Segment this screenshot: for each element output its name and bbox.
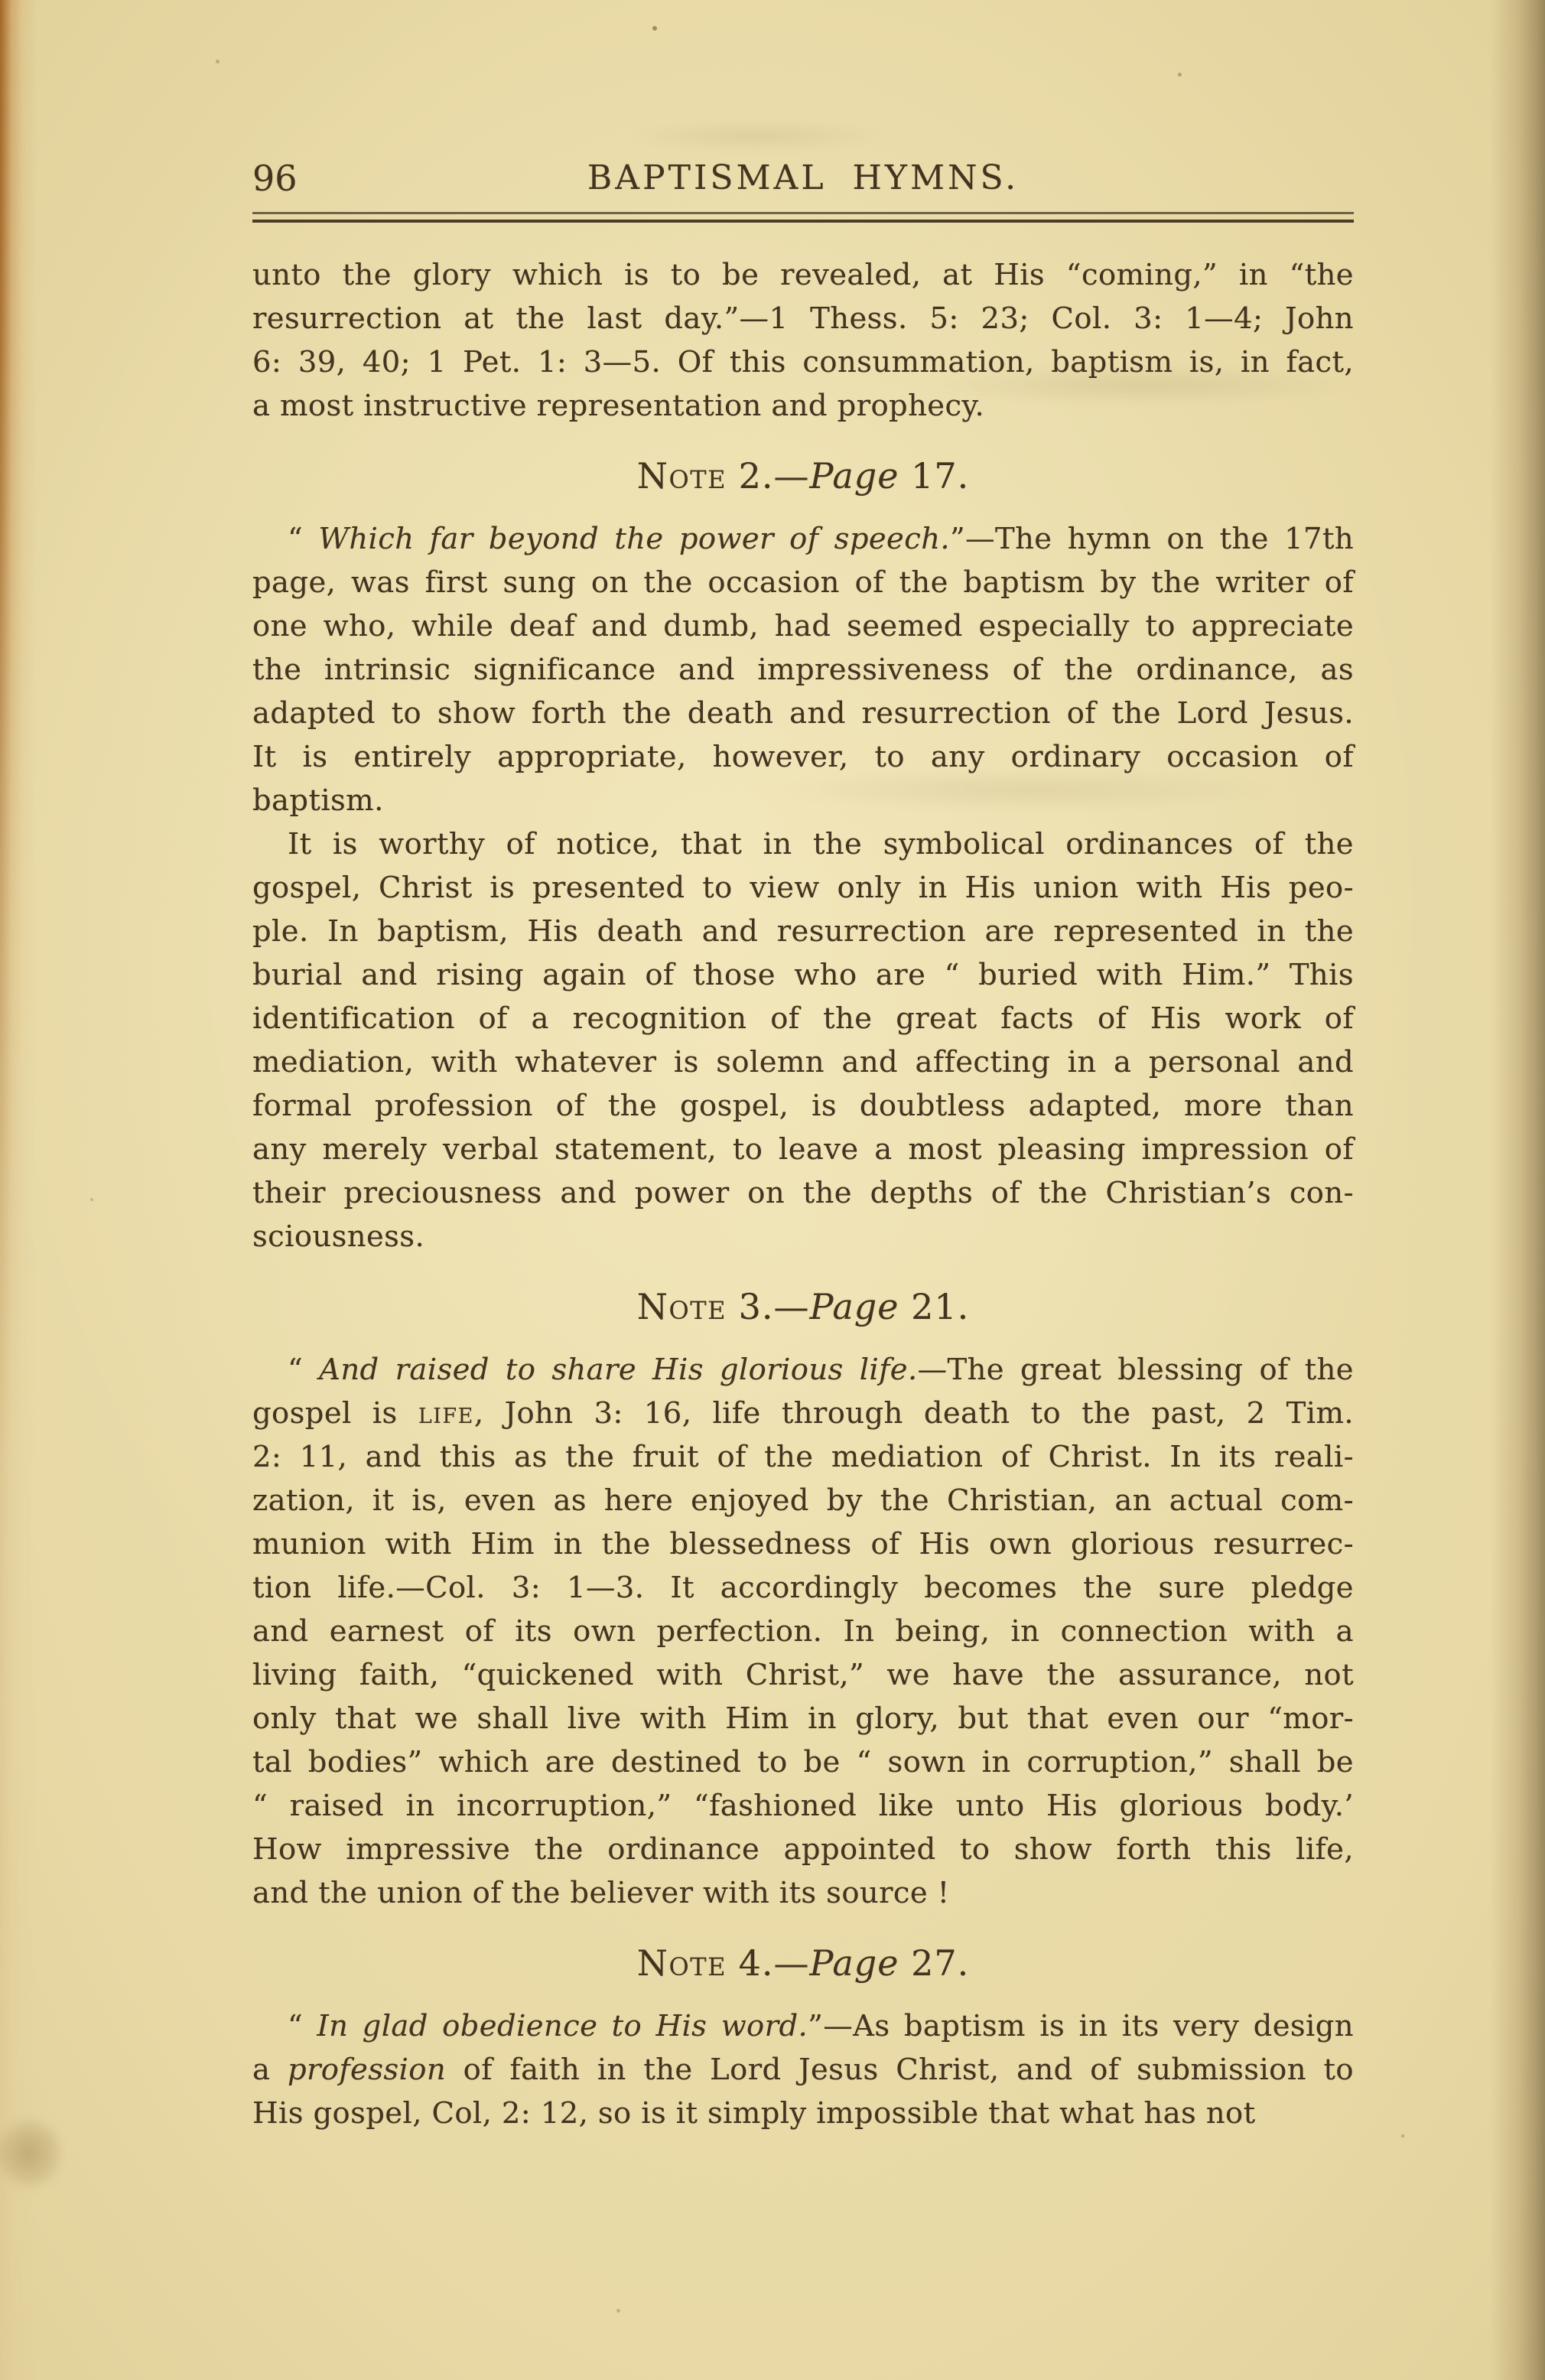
text-line: any merely verbal statement, to leave a … [252,1128,1354,1171]
text-line: adapted to show forth the death and resu… [252,692,1354,735]
text-line: unto the glory which is to be revealed, … [252,253,1354,297]
text-line: “ In glad obedience to His word.”—As bap… [252,2004,1354,2048]
text-line: resurrection at the last day.”—1 Thess. … [252,297,1354,340]
note-heading: Note 2.—Page 17. [252,455,1354,497]
text-line: How impressive the ordinance appointed t… [252,1828,1354,1871]
running-title: BAPTISMAL HYMNS. [252,157,1354,200]
text-line: formal profession of the gospel, is doub… [252,1084,1354,1128]
text-line: munion with Him in the blessedness of Hi… [252,1522,1354,1566]
ink-speck [616,2309,620,2313]
page-text-area: 96 BAPTISMAL HYMNS. unto the glory which… [252,157,1354,2135]
text-line: “ And raised to share His glorious life.… [252,1348,1354,1392]
paragraph: It is worthy of notice, that in the symb… [252,822,1354,1258]
text-line: ple. In baptism, His death and resurrect… [252,910,1354,953]
note-heading: Note 4.—Page 27. [252,1942,1354,1984]
text-line: burial and rising again of those who are… [252,953,1354,997]
paragraph: “ Which far beyond the power of speech.”… [252,517,1354,822]
showthrough-smudge [581,115,933,157]
paragraph: “ In glad obedience to His word.”—As bap… [252,2004,1354,2135]
header-double-rule [252,212,1354,223]
text-line: 2: 11, and this as the fruit of the medi… [252,1435,1354,1479]
text-line: baptism. [252,779,1354,822]
text-line: one who, while deaf and dumb, had seemed… [252,604,1354,648]
ink-speck [216,60,220,63]
text-line: gospel is life, John 3: 16, life through… [252,1392,1354,1435]
text-line: identification of a recognition of the g… [252,997,1354,1040]
page-right-edge-shadow [1490,0,1545,2380]
text-line: page, was first sung on the occasion of … [252,561,1354,604]
body-text: unto the glory which is to be revealed, … [252,253,1354,2135]
text-line: and earnest of its own perfection. In be… [252,1610,1354,1653]
text-line: the intrinsic significance and impressiv… [252,648,1354,692]
text-line: only that we shall live with Him in glor… [252,1697,1354,1740]
text-line: tion life.—Col. 3: 1—3. It accordingly b… [252,1566,1354,1610]
text-line: “ Which far beyond the power of speech.”… [252,517,1354,561]
text-line: zation, it is, even as here enjoyed by t… [252,1479,1354,1522]
ink-speck [652,26,657,31]
text-line: a profession of faith in the Lord Jesus … [252,2048,1354,2092]
text-line: and the union of the believer with its s… [252,1871,1354,1915]
text-line: living faith, “quickened with Christ,” w… [252,1653,1354,1697]
page-left-edge [0,0,37,2380]
text-line: 6: 39, 40; 1 Pet. 1: 3—5. Of this consum… [252,340,1354,384]
running-header: 96 BAPTISMAL HYMNS. [252,157,1354,200]
text-line: tal bodies” which are destined to be “ s… [252,1740,1354,1784]
ink-speck [1178,73,1182,77]
ink-speck [90,1198,93,1201]
paragraph: unto the glory which is to be revealed, … [252,253,1354,428]
text-line: mediation, with whatever is solemn and a… [252,1040,1354,1084]
text-line: sciousness. [252,1215,1354,1258]
book-page-scan: 96 BAPTISMAL HYMNS. unto the glory which… [0,0,1545,2380]
ink-speck [1401,2134,1404,2137]
text-line: His gospel, Col, 2: 12, so is it simply … [252,2092,1354,2135]
text-line: “ raised in incorruption,” “fashioned li… [252,1784,1354,1828]
page-number: 96 [252,157,298,200]
text-line: gospel, Christ is presented to view only… [252,866,1354,910]
text-line: It is worthy of notice, that in the symb… [252,822,1354,866]
text-line: their preciousness and power on the dept… [252,1171,1354,1215]
text-line: a most instructive representation and pr… [252,384,1354,428]
text-line: It is entirely appropriate, however, to … [252,735,1354,779]
paragraph: “ And raised to share His glorious life.… [252,1348,1354,1915]
note-heading: Note 3.—Page 21. [252,1286,1354,1328]
